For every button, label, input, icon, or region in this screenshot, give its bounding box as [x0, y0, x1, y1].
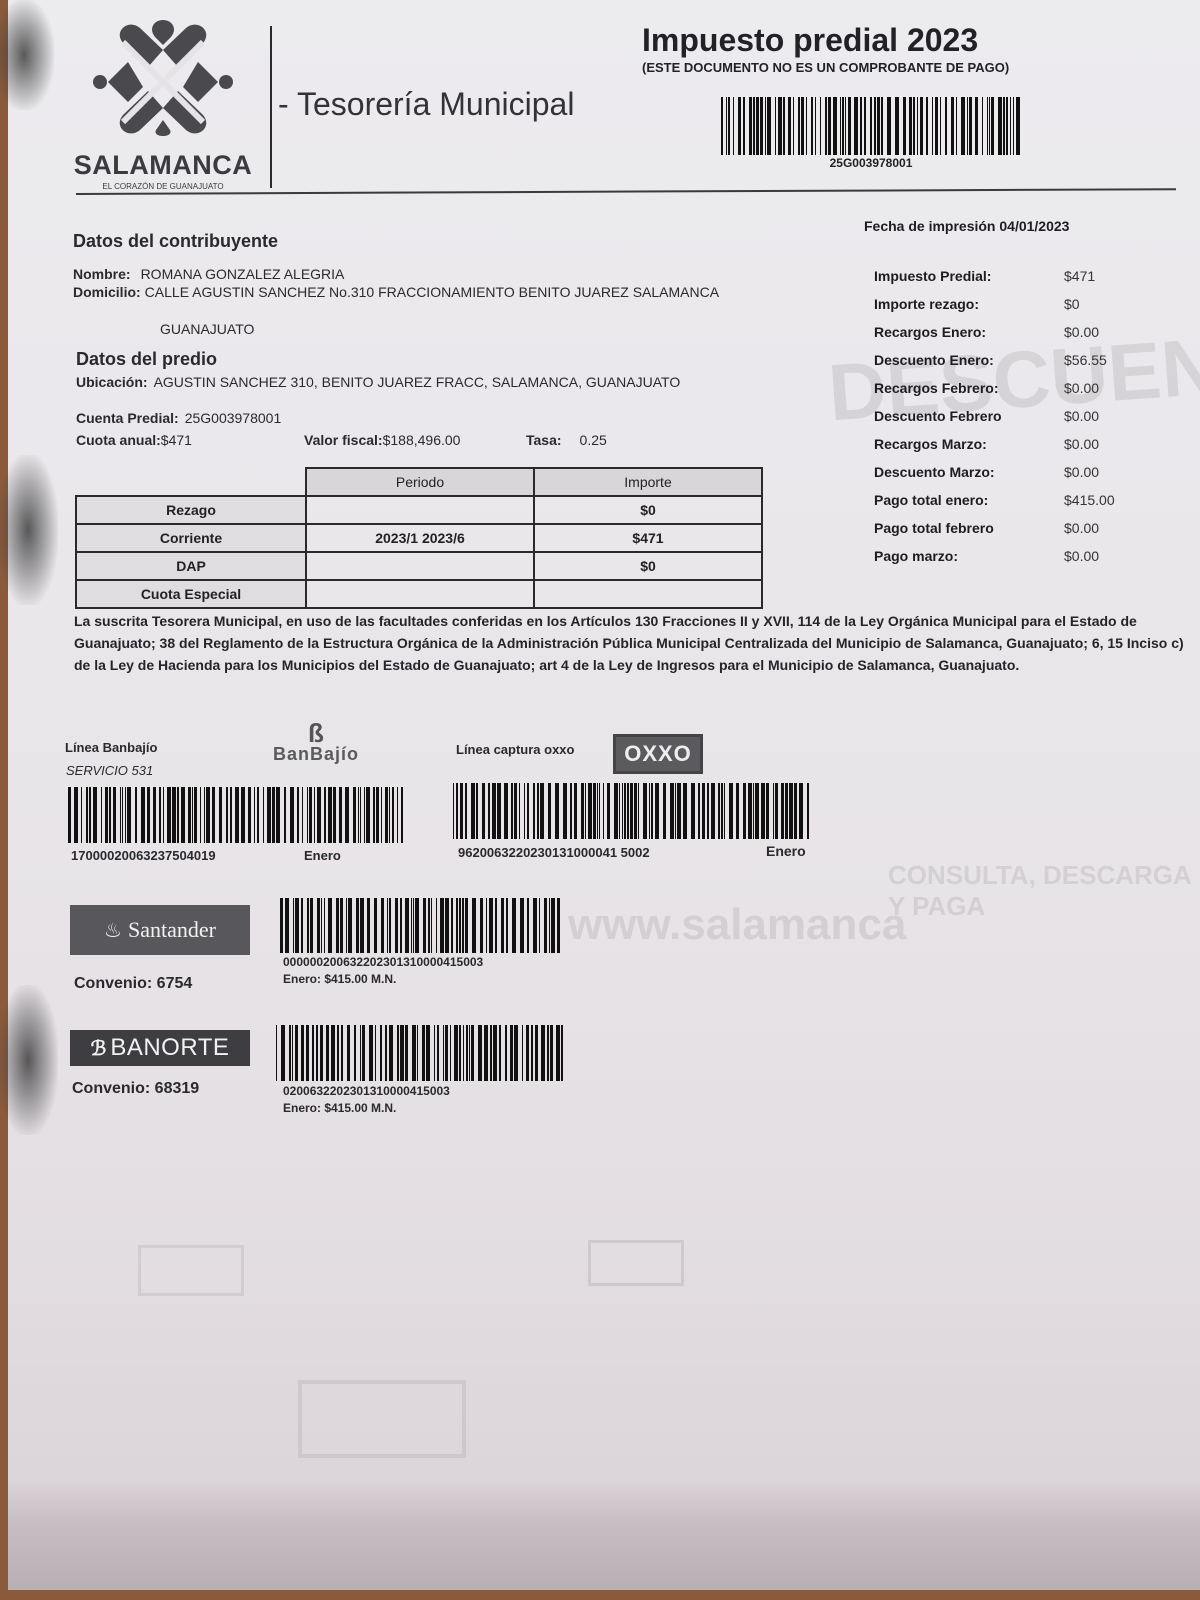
santander-amount: Enero: $415.00 M.N.: [283, 972, 396, 986]
document-title: Impuesto predial 2023: [642, 22, 978, 59]
property-location: Ubicación:AGUSTIN SANCHEZ 310, BENITO JU…: [76, 374, 680, 390]
scan-smudge: [0, 0, 54, 110]
salamanca-emblem-icon: [68, 12, 258, 147]
summary-row: Descuento Enero:$56.55: [874, 352, 1124, 380]
table-row: Corriente2023/1 2023/6$471: [76, 524, 762, 552]
summary-label: Recargos Enero:: [874, 324, 1064, 352]
period-table: Periodo Importe Rezago$0Corriente2023/1 …: [75, 467, 763, 609]
summary-row: Descuento Marzo:$0.00: [874, 464, 1124, 492]
summary-label: Descuento Marzo:: [874, 464, 1064, 492]
banorte-convenio: Convenio: 68319: [72, 1080, 199, 1098]
bleed-through-text: CONSULTA, DESCARGA Y PAGA: [888, 860, 1200, 922]
banbajio-logo: ß BanBajío: [256, 722, 376, 765]
scan-smudge: [0, 455, 58, 605]
page-shadow: [8, 1480, 1200, 1590]
property-annual-fee: Cuota anual:$471: [76, 432, 192, 448]
summary-value: $0.00: [1064, 464, 1099, 492]
oxxo-month: Enero: [766, 843, 806, 859]
banbajio-emblem-icon: ß: [256, 722, 376, 744]
banbajio-month: Enero: [304, 848, 341, 863]
concept-cell: DAP: [76, 552, 306, 580]
account-barcode: 25G003978001: [721, 97, 1021, 170]
period-cell: [306, 552, 534, 580]
document-disclaimer: (ESTE DOCUMENTO NO ES UN COMPROBANTE DE …: [642, 60, 1009, 75]
scan-smudge: [0, 985, 58, 1135]
taxpayer-heading: Datos del contribuyente: [73, 231, 278, 252]
period-cell: 2023/1 2023/6: [306, 524, 534, 552]
column-header-importe: Importe: [534, 468, 762, 496]
banbajio-barcode: [68, 787, 408, 843]
property-fiscal-value: Valor fiscal:$188,496.00: [304, 432, 460, 448]
barcode-number: 25G003978001: [721, 156, 1021, 170]
property-rate: Tasa:0.25: [526, 432, 607, 448]
summary-value: $56.55: [1064, 352, 1107, 380]
banbajio-reference: 17000020063237504019: [71, 848, 216, 863]
salamanca-logo: SALAMANCA EL CORAZÓN DE GUANAJUATO: [68, 12, 258, 192]
banorte-reference: 0200632202301310000415003: [283, 1084, 450, 1098]
amount-cell: $471: [534, 524, 762, 552]
property-account: Cuenta Predial:25G003978001: [76, 410, 281, 426]
document-page: DESCUENTO CONSULTA, DESCARGA Y PAGA www.…: [8, 0, 1200, 1590]
summary-row: Impuesto Predial:$471: [874, 268, 1124, 296]
bleed-through-logo: [588, 1240, 684, 1286]
oxxo-label: Línea captura oxxo: [456, 742, 574, 757]
summary-label: Importe rezago:: [874, 296, 1064, 324]
summary-row: Pago marzo:$0.00: [874, 548, 1124, 576]
oxxo-reference: 9620063220230131000041 5002: [458, 845, 650, 860]
banbajio-service: SERVICIO 531: [66, 763, 153, 778]
oxxo-logo: OXXO: [613, 734, 703, 774]
amount-cell: [534, 580, 762, 608]
property-heading: Datos del predio: [76, 349, 217, 370]
santander-barcode: [280, 898, 565, 953]
summary-row: Importe rezago:$0: [874, 296, 1124, 324]
summary-value: $0.00: [1064, 436, 1099, 464]
barcode-bars: [721, 97, 1021, 155]
summary-label: Pago total febrero: [874, 520, 1064, 548]
santander-flame-icon: ♨: [104, 918, 122, 943]
header-divider: [270, 26, 272, 188]
summary-value: $0: [1064, 296, 1080, 324]
taxpayer-name: Nombre:ROMANA GONZALEZ ALEGRIA: [73, 266, 344, 282]
table-header-row: Periodo Importe: [76, 468, 762, 496]
period-cell: [306, 496, 534, 524]
summary-row: Descuento Febrero$0.00: [874, 408, 1124, 436]
banorte-emblem-icon: ℬ: [91, 1036, 107, 1061]
concept-cell: Cuota Especial: [76, 580, 306, 608]
payment-summary: Impuesto Predial:$471Importe rezago:$0Re…: [874, 268, 1124, 576]
bleed-through-logo: [298, 1380, 466, 1458]
summary-value: $0.00: [1064, 520, 1099, 548]
column-header-periodo: Periodo: [306, 468, 534, 496]
department-name: - Tesorería Municipal: [278, 86, 574, 123]
summary-value: $471: [1064, 268, 1095, 296]
summary-row: Recargos Enero:$0.00: [874, 324, 1124, 352]
summary-label: Pago marzo:: [874, 548, 1064, 576]
table-row: Rezago$0: [76, 496, 762, 524]
summary-label: Impuesto Predial:: [874, 268, 1064, 296]
table-row: Cuota Especial: [76, 580, 762, 608]
summary-value: $0.00: [1064, 380, 1099, 408]
print-date: Fecha de impresión 04/01/2023: [864, 218, 1069, 234]
summary-value: $0.00: [1064, 548, 1099, 576]
amount-cell: $0: [534, 496, 762, 524]
summary-label: Descuento Enero:: [874, 352, 1064, 380]
taxpayer-address: Domicilio:CALLE AGUSTIN SANCHEZ No.310 F…: [73, 284, 853, 300]
legal-statement: La suscrita Tesorera Municipal, en uso d…: [74, 610, 1194, 676]
summary-row: Pago total enero:$415.00: [874, 492, 1124, 520]
santander-convenio: Convenio: 6754: [74, 975, 192, 993]
oxxo-barcode: [453, 783, 813, 839]
logo-wordmark: SALAMANCA: [68, 150, 258, 181]
summary-value: $415.00: [1064, 492, 1115, 520]
logo-tagline: EL CORAZÓN DE GUANAJUATO: [68, 182, 258, 191]
santander-logo: ♨ Santander: [70, 905, 250, 955]
summary-row: Recargos Febrero:$0.00: [874, 380, 1124, 408]
summary-label: Recargos Febrero:: [874, 380, 1064, 408]
santander-reference: 000000200632202301310000415003: [283, 955, 483, 969]
bleed-through-logo: [138, 1245, 244, 1296]
summary-value: $0.00: [1064, 408, 1099, 436]
summary-row: Recargos Marzo:$0.00: [874, 436, 1124, 464]
summary-label: Pago total enero:: [874, 492, 1064, 520]
concept-cell: Corriente: [76, 524, 306, 552]
summary-label: Recargos Marzo:: [874, 436, 1064, 464]
banorte-barcode: [276, 1025, 566, 1081]
banbajio-label: Línea Banbajío: [65, 740, 157, 755]
bleed-through-text: www.salamanca: [568, 900, 906, 950]
banorte-logo: ℬ BANORTE: [70, 1030, 250, 1066]
taxpayer-address-line2: GUANAJUATO: [160, 321, 254, 337]
amount-cell: $0: [534, 552, 762, 580]
summary-label: Descuento Febrero: [874, 408, 1064, 436]
summary-value: $0.00: [1064, 324, 1099, 352]
summary-row: Pago total febrero$0.00: [874, 520, 1124, 548]
period-cell: [306, 580, 534, 608]
concept-cell: Rezago: [76, 496, 306, 524]
table-row: DAP$0: [76, 552, 762, 580]
banorte-amount: Enero: $415.00 M.N.: [283, 1101, 396, 1115]
